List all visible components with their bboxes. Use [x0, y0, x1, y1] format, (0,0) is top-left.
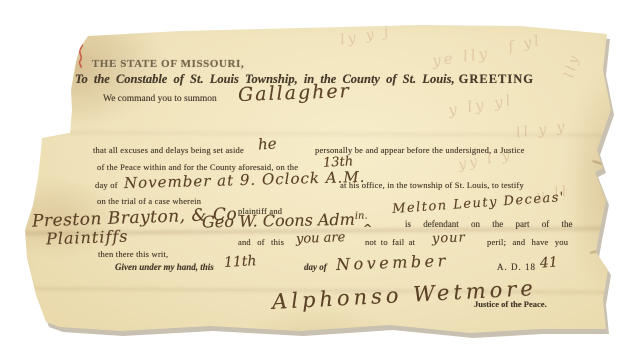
- defendant-name-superscript: in.: [355, 211, 368, 222]
- document-title: THE STATE OF MISSOURI,: [92, 58, 244, 70]
- bleed-through-writing: ly y j: [339, 24, 393, 49]
- photographed-document-scene: ly y j ye lly f yl y ly yl ll y y yy l y…: [0, 0, 640, 364]
- defendant-name-main: Geo W. Coons Adm: [202, 210, 355, 232]
- day-of-label: day of: [95, 180, 118, 190]
- body-trial-line: on the trial of a case wherein: [97, 196, 201, 206]
- signing-year-handwritten: 41: [539, 254, 558, 271]
- fail-pre-label: and of this: [238, 237, 284, 247]
- greeting-word: GREETING: [459, 72, 534, 86]
- dateline-day-of-label: day of: [304, 262, 327, 272]
- bleed-through-writing: ll y y: [515, 118, 568, 141]
- your-handwritten: your: [432, 230, 466, 246]
- bleed-through-writing: f yl: [507, 33, 544, 56]
- red-seal-mark: [74, 34, 90, 68]
- writ-line-label: then there this writ,: [98, 249, 168, 259]
- signing-day-handwritten: 11th: [224, 253, 257, 271]
- fail-mid-label: not to fail at: [365, 237, 415, 247]
- body-office-line: at his office, in the township of St. Lo…: [340, 180, 524, 190]
- body-excuses-pre: that all excuses and delays being set as…: [93, 145, 244, 155]
- signing-month-handwritten: November: [336, 251, 449, 274]
- you-are-handwritten: you are: [296, 230, 346, 247]
- summoned-name-handwritten: Gallagher: [238, 80, 351, 106]
- bleed-through-writing: y ly yl: [447, 91, 515, 119]
- pronoun-handwritten: he: [257, 134, 277, 153]
- command-label: We command you to summon: [103, 94, 217, 104]
- bleed-through-writing: lly: [562, 52, 583, 80]
- anno-domini-label: A. D. 18: [497, 262, 536, 272]
- given-under-hand-label: Given under my hand, this: [115, 262, 214, 272]
- plaintiff-role-handwritten: Plaintiffs: [46, 227, 129, 249]
- deceased-name-handwritten: Melton Leuty Deceas': [392, 190, 566, 217]
- defendant-label: is defendant on the part of the: [405, 219, 572, 229]
- justice-title-label: Justice of the Peace.: [474, 299, 547, 309]
- defendant-name-handwritten: Geo W. Coons Admin.: [202, 210, 368, 232]
- right-edge-tear-mark: [592, 160, 606, 166]
- horizontal-fold-crease: [0, 130, 640, 137]
- insertion-caret-handwritten: ^: [363, 222, 372, 235]
- fail-post-label: peril; and have you: [487, 237, 568, 247]
- bleed-through-writing: ye lly: [431, 44, 491, 70]
- summons-document-paper: ly y j ye lly f yl y ly yl ll y y yy l y…: [0, 0, 640, 364]
